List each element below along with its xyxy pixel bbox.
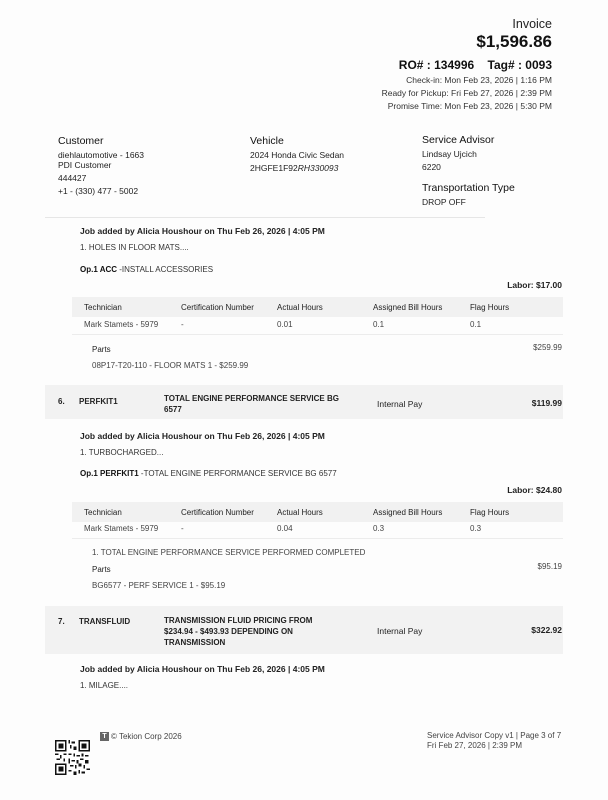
customer-title: Customer <box>58 135 238 147</box>
customer-type: PDI Customer <box>58 159 238 172</box>
assigned-bill-hours: 0.1 <box>373 320 384 329</box>
promise-time: Promise Time: Mon Feb 23, 2026 | 5:30 PM <box>388 101 552 111</box>
header-technician: Technician <box>84 303 122 312</box>
parts-item: 08P17-T20-110 - FLOOR MATS 1 - $259.99 <box>92 361 248 370</box>
job-note: 1. TURBOCHARGED... <box>80 448 163 457</box>
job-code: TRANSFLUID <box>79 617 130 626</box>
customer-phone: +1 - (330) 477 - 5002 <box>58 185 238 198</box>
job-amount: $119.99 <box>532 398 562 408</box>
assigned-bill-hours: 0.3 <box>373 524 384 533</box>
tekion-logo-icon: T <box>100 732 109 741</box>
header-actual-hours: Actual Hours <box>277 508 323 517</box>
header-assigned-bill-hours: Assigned Bill Hours <box>373 508 442 517</box>
advisor-block: Service Advisor Lindsay Ujcich 6220 Tran… <box>422 134 592 209</box>
flag-hours: 0.3 <box>470 524 481 533</box>
vin-suffix: RH330093 <box>298 163 339 173</box>
vin-prefix: 2HGFE1F92 <box>250 163 298 173</box>
job-note: 1. HOLES IN FLOOR MATS.... <box>80 243 189 252</box>
job-description: TRANSMISSION FLUID PRICING FROM $234.94 … <box>164 615 334 648</box>
job-code: PERFKIT1 <box>79 397 118 406</box>
parts-total: $95.19 <box>538 562 562 571</box>
vehicle-vin: 2HGFE1F92RH330093 <box>250 162 420 175</box>
operation-line: Op.1 PERFKIT1 -TOTAL ENGINE PERFORMANCE … <box>80 469 337 478</box>
header-certification: Certification Number <box>181 508 254 517</box>
row-divider <box>72 538 563 539</box>
op-description: -TOTAL ENGINE PERFORMANCE SERVICE BG 657… <box>139 469 337 478</box>
advisor-title: Service Advisor <box>422 134 592 146</box>
actual-hours: 0.04 <box>277 524 293 533</box>
ro-tag-number: RO# : 134996 Tag# : 0093 <box>399 58 552 72</box>
header-flag-hours: Flag Hours <box>470 303 509 312</box>
qr-code-icon <box>55 740 90 775</box>
op-code: Op.1 PERFKIT1 <box>80 469 139 478</box>
op-code: Op.1 ACC <box>80 265 117 274</box>
job-amount: $322.92 <box>531 625 562 635</box>
job-description: TOTAL ENGINE PERFORMANCE SERVICE BG 6577 <box>164 393 354 415</box>
op-description: -INSTALL ACCESSORIES <box>117 265 213 274</box>
footer-page-info: Service Advisor Copy v1 | Page 3 of 7 Fr… <box>427 731 561 751</box>
job-added-by: Job added by Alicia Houshour on Thu Feb … <box>80 226 325 236</box>
flag-hours: 0.1 <box>470 320 481 329</box>
job-pay-type: Internal Pay <box>377 399 422 409</box>
header-assigned-bill-hours: Assigned Bill Hours <box>373 303 442 312</box>
job-added-by: Job added by Alicia Houshour on Thu Feb … <box>80 664 325 674</box>
certification-number: - <box>181 524 184 533</box>
technician-name: Mark Stamets - 5979 <box>84 320 158 329</box>
parts-label: Parts <box>92 345 111 354</box>
parts-label: Parts <box>92 565 111 574</box>
ready-for-pickup-time: Ready for Pickup: Fri Feb 27, 2026 | 2:3… <box>382 88 552 98</box>
labor-amount: Labor: $24.80 <box>507 485 562 495</box>
certification-number: - <box>181 320 184 329</box>
vehicle-block: Vehicle 2024 Honda Civic Sedan 2HGFE1F92… <box>250 135 420 175</box>
copy-info: Service Advisor Copy v1 | Page 3 of 7 <box>427 731 561 741</box>
vehicle-title: Vehicle <box>250 135 420 147</box>
job-pay-type: Internal Pay <box>377 626 422 636</box>
labor-amount: Labor: $17.00 <box>507 280 562 290</box>
check-in-time: Check-in: Mon Feb 23, 2026 | 1:16 PM <box>406 75 552 85</box>
parts-item: BG6577 - PERF SERVICE 1 - $95.19 <box>92 581 225 590</box>
header-actual-hours: Actual Hours <box>277 303 323 312</box>
transportation-value: DROP OFF <box>422 196 592 209</box>
parts-total: $259.99 <box>533 343 562 352</box>
completion-note: 1. TOTAL ENGINE PERFORMANCE SERVICE PERF… <box>92 548 365 557</box>
section-divider <box>45 217 485 218</box>
printed-at: Fri Feb 27, 2026 | 2:39 PM <box>427 741 561 751</box>
job-note: 1. MILAGE.... <box>80 681 128 690</box>
actual-hours: 0.01 <box>277 320 293 329</box>
advisor-id: 6220 <box>422 161 592 174</box>
technician-name: Mark Stamets - 5979 <box>84 524 158 533</box>
invoice-label: Invoice <box>512 17 552 31</box>
footer-copyright: © Tekion Corp 2026 <box>111 732 182 741</box>
advisor-name: Lindsay Ujcich <box>422 148 592 161</box>
job-added-by: Job added by Alicia Houshour on Thu Feb … <box>80 431 325 441</box>
header-flag-hours: Flag Hours <box>470 508 509 517</box>
job-number: 6. <box>58 397 65 406</box>
invoice-total: $1,596.86 <box>476 32 552 52</box>
vehicle-description: 2024 Honda Civic Sedan <box>250 149 420 162</box>
job-number: 7. <box>58 617 65 626</box>
customer-id: 444427 <box>58 172 238 185</box>
transportation-title: Transportation Type <box>422 182 592 194</box>
header-technician: Technician <box>84 508 122 517</box>
header-certification: Certification Number <box>181 303 254 312</box>
row-divider <box>72 334 563 335</box>
operation-line: Op.1 ACC -INSTALL ACCESSORIES <box>80 265 213 274</box>
customer-block: Customer diehlautomotive - 1663 PDI Cust… <box>58 135 238 198</box>
